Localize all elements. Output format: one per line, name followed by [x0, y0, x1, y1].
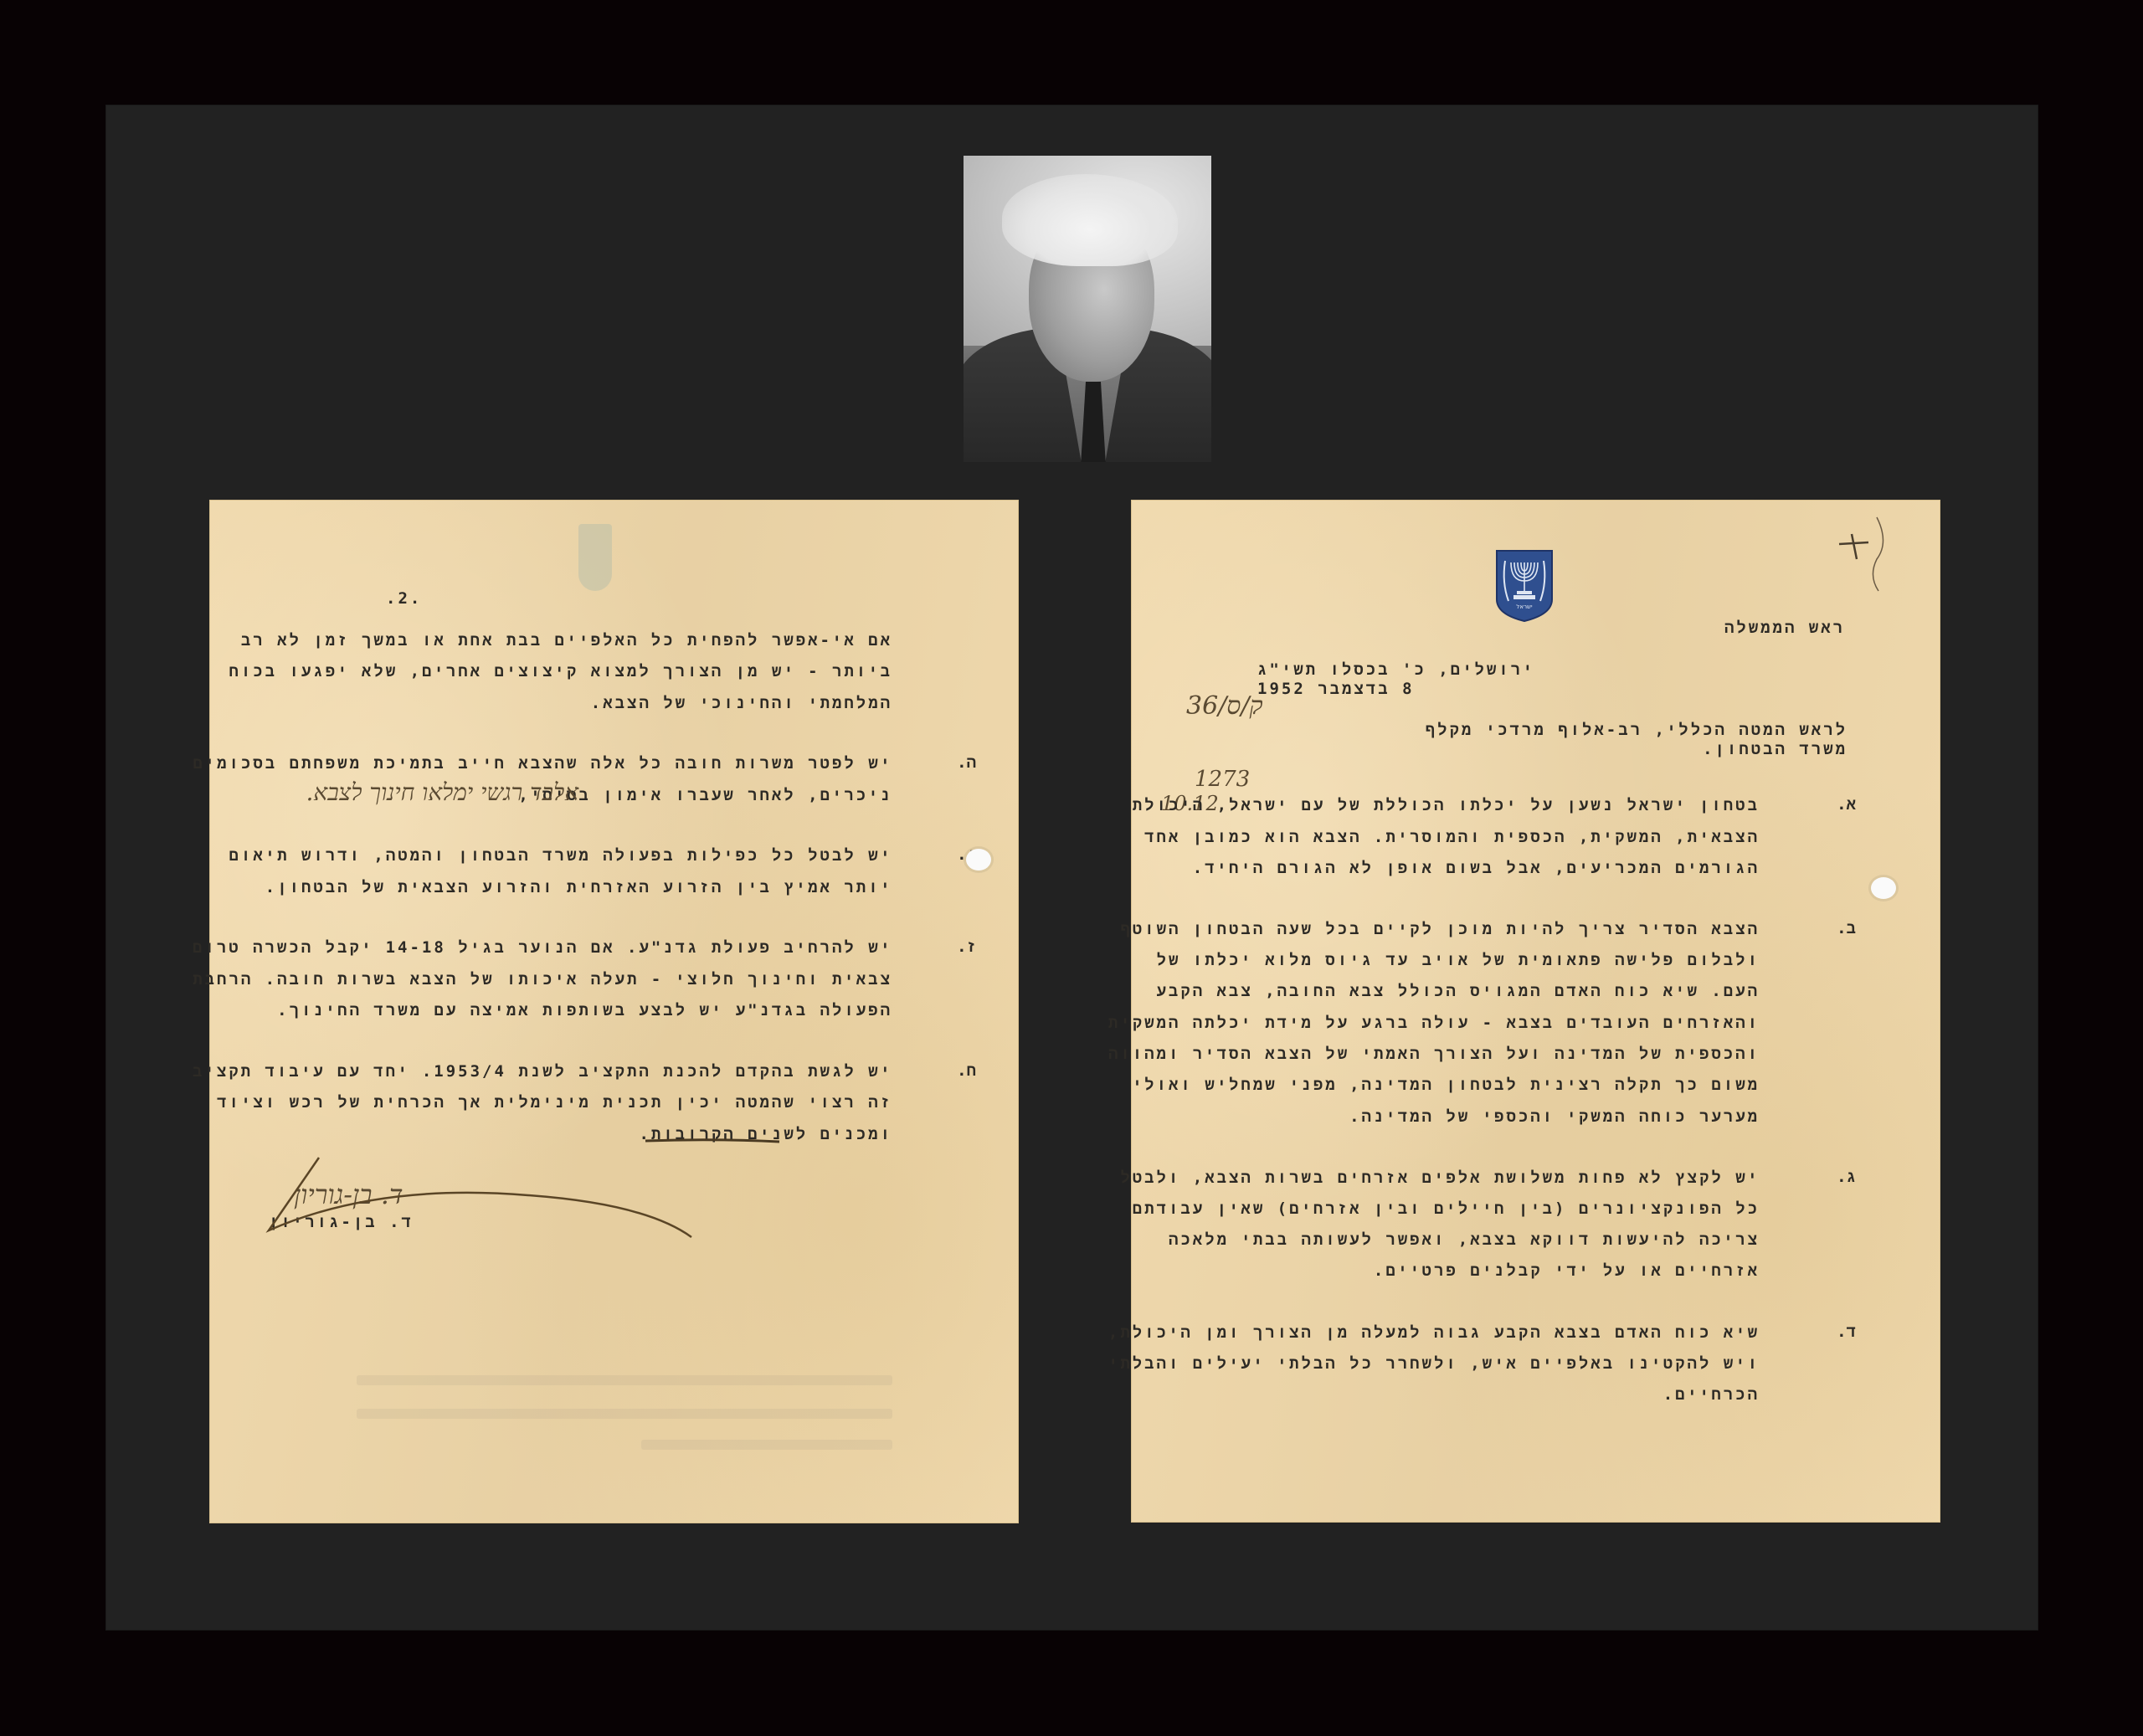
item-zayin-line-3: הפעולה בגדנ"ע יש לבצע בשותפות אמיצה עם מ…	[277, 1000, 892, 1020]
letter-page-2: .2. אם אי-אפשר להפחית כל האלפיים בבת אחת…	[210, 501, 1018, 1523]
item-bet-line-3: העם. שיא כוח האדם המגויס הכולל צבא החובה…	[1156, 981, 1760, 1001]
item-zayin-line-2: צבאית וחינוך חלוצי - תעלה איכותו של הצבא…	[193, 969, 892, 989]
portrait-photo	[964, 156, 1211, 462]
item-marker-alef: א.	[1837, 795, 1856, 814]
date-hebrew: ירושלים, כ' בכסלו תשי"ג	[1257, 660, 1534, 680]
letterhead-title: ראש הממשלה	[1724, 618, 1845, 638]
item-marker-he: ה.	[957, 753, 976, 773]
item-alef-line-1: בטחון ישראל נשען על יכלתו הכוללת של עם י…	[1133, 795, 1760, 815]
bleed-through-emblem	[578, 524, 612, 591]
intro-line-2: ביותר - יש מן הצורך למצוא קיצוצים אחרים,…	[229, 661, 892, 681]
intro-line-1: אם אי-אפשר להפחית כל האלפיים בבת אחת או …	[241, 630, 892, 650]
item-gimel-line-4: אזרחיים או על ידי קבלנים פרטיים.	[1374, 1261, 1760, 1281]
item-he-line-1: יש לפטר משרות חובה כל אלה שהצבא חייב בתמ…	[193, 753, 892, 773]
item-marker-bet: ב.	[1837, 919, 1856, 938]
item-bet-line-6: משום כך תקלה רצינית לבטחון המדינה, מפני …	[1133, 1075, 1760, 1095]
addressee-line-1: לראש המטה הכללי, רב-אלוף מרדכי מקלף	[1426, 720, 1848, 740]
item-dalet-line-1: שיא כוח האדם בצבא הקבע גבוה למעלה מן הצו…	[1108, 1323, 1760, 1343]
item-vav-line-1: יש לבטל כל כפילות בפעולה משרד הבטחון והמ…	[229, 845, 892, 865]
item-dalet-line-3: הכרחיים.	[1663, 1384, 1760, 1405]
intro-line-3: המלחמתי והחינוכי של הצבא.	[591, 693, 892, 713]
item-alef-line-2: הצבאית, המשקית, הכספית והמוסרית. הצבא הו…	[1144, 827, 1760, 847]
svg-text:ישראל: ישראל	[1516, 603, 1533, 610]
item-het-line-2: זה רצוי שהמטה יכין תכנית מינימלית אך הכר…	[217, 1092, 892, 1112]
handwritten-signature: ד. בן-גוריון	[294, 1179, 403, 1210]
typed-signature: ד. בן-גוריון	[269, 1212, 414, 1232]
date-gregorian: 8 בדצמבר 1952	[1257, 679, 1415, 699]
item-marker-het: ח.	[957, 1061, 976, 1081]
page-number: .2.	[386, 588, 422, 609]
handwritten-addition: אלבד רגשי ימלאו חינוך לצבא.	[306, 778, 578, 807]
item-bet-line-2: ולבלום פלישה פתאומית של אויב עד גיוס מלו…	[1157, 950, 1760, 970]
item-gimel-line-3: צריכה להיעשות דווקא בצבא, ואפשר לעשותה ב…	[1169, 1230, 1760, 1250]
item-dalet-line-2: ויש להקטינו באלפיים איש, ולשחרר כל הבלתי…	[1108, 1353, 1760, 1374]
item-marker-gimel: ג.	[1837, 1168, 1856, 1187]
item-marker-zayin: ז.	[957, 937, 976, 957]
letter-page-1: ישראל ראש הממשלה ירושלים, כ' בכסלו תשי"ג…	[1132, 501, 1940, 1522]
punch-hole	[1871, 877, 1896, 899]
bleed-through-line	[357, 1375, 892, 1385]
item-bet-line-1: הצבא הסדיר צריך להיות מוכן לקיים בכל שעה…	[1120, 919, 1760, 939]
item-het-line-1: יש לגשת בהקדם להכנת התקציב לשנת 1953/4. …	[193, 1061, 892, 1081]
item-bet-line-4: והאזרחים העובדים בצבא - עולה ברגע על מיד…	[1108, 1013, 1760, 1033]
addressee-line-2: משרד הבטחון.	[1703, 739, 1848, 759]
item-gimel-line-2: כל הפונקציונרים (בין חיילים ובין אזרחים)…	[1133, 1199, 1760, 1219]
photo-hair	[1002, 174, 1178, 266]
item-het-line-3: ומכנים לשנים הקרובות.	[639, 1124, 892, 1144]
item-bet-line-5: והכספית של המדינה ועל הצורך האמתי של הצב…	[1108, 1044, 1760, 1064]
bleed-through-line	[641, 1440, 892, 1450]
handwritten-received-number: 1273	[1195, 767, 1250, 792]
item-bet-line-7: מערער כוחה המשקי והכספי של המדינה.	[1349, 1107, 1760, 1127]
state-emblem-icon: ישראל	[1495, 549, 1554, 623]
punch-hole	[966, 849, 991, 871]
bleed-through-line	[357, 1409, 892, 1419]
item-gimel-line-1: יש לקצץ לא פחות משלושת אלפים אזרחים בשרו…	[1120, 1168, 1760, 1188]
item-alef-line-3: הגורמים המכריעים, אבל בשום אופן לא הגורם…	[1193, 858, 1760, 878]
handwritten-reference: ק/ס/36	[1186, 691, 1263, 721]
item-zayin-line-1: יש להרחיב פעולת גדנ"ע. אם הנוער בגיל 14-…	[193, 937, 892, 958]
item-marker-dalet: ד.	[1837, 1323, 1856, 1342]
item-vav-line-2: יותר אמיץ בין הזרוע האזרחית והזרוע הצבאי…	[265, 877, 892, 897]
